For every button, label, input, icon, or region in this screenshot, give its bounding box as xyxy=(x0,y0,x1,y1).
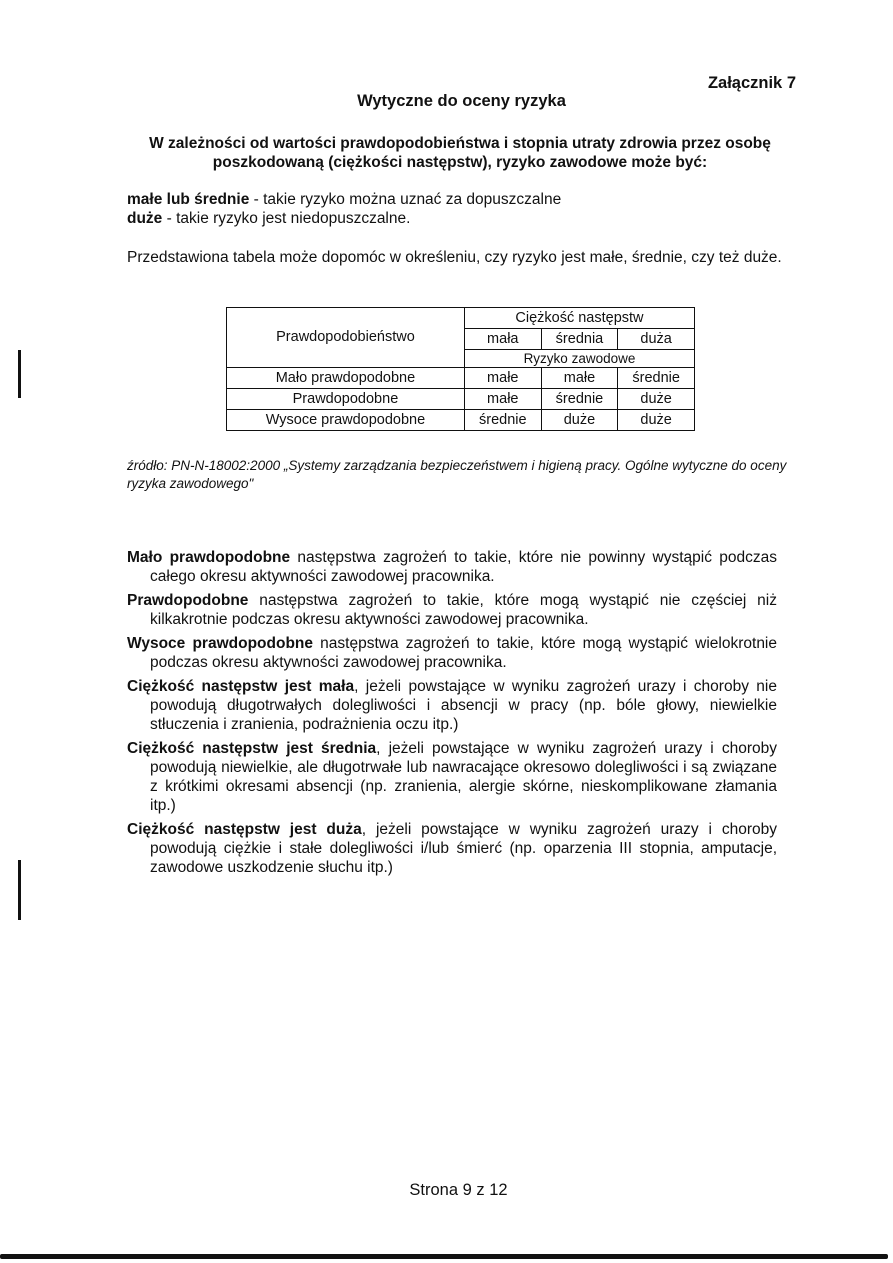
definition-acceptable: małe lub średnie - takie ryzyko można uz… xyxy=(127,190,561,209)
table-cell: średnie xyxy=(464,410,541,431)
row-label: Prawdopodobne xyxy=(227,389,465,410)
table-row: Wysoce prawdopodobne średnie duże duże xyxy=(227,410,695,431)
table-cell: małe xyxy=(464,389,541,410)
scan-margin-mark xyxy=(18,860,21,920)
list-item: Ciężkość następstw jest duża, jeżeli pow… xyxy=(127,820,777,877)
table-cell: średnie xyxy=(618,368,695,389)
risk-definitions: małe lub średnie - takie ryzyko można uz… xyxy=(127,190,561,228)
column-header: średnia xyxy=(541,329,618,350)
list-item: Prawdopodobne następstwa zagrożeń to tak… xyxy=(127,591,777,629)
table-row: Prawdopodobne małe średnie duże xyxy=(227,389,695,410)
list-item: Mało prawdopodobne następstwa zagrożeń t… xyxy=(127,548,777,586)
table-row: Mało prawdopodobne małe małe średnie xyxy=(227,368,695,389)
list-item: Wysoce prawdopodobne następstwa zagrożeń… xyxy=(127,634,777,672)
table-intro-paragraph: Przedstawiona tabela może dopomóc w okre… xyxy=(127,248,787,267)
table-cell: małe xyxy=(464,368,541,389)
scan-margin-mark xyxy=(18,350,21,398)
table-cell: małe xyxy=(541,368,618,389)
sub-header-occupational-risk: Ryzyko zawodowe xyxy=(464,350,694,368)
column-header: duża xyxy=(618,329,695,350)
list-item: Ciężkość następstw jest średnia, jeżeli … xyxy=(127,739,777,815)
definitions-list: Mało prawdopodobne następstwa zagrożeń t… xyxy=(127,548,777,882)
intro-heading: W zależności od wartości prawdopodobieńs… xyxy=(120,134,800,172)
group-header-severity: Ciężkość następstw xyxy=(464,308,694,329)
row-label: Wysoce prawdopodobne xyxy=(227,410,465,431)
page-title: Wytyczne do oceny ryzyka xyxy=(0,92,893,111)
list-item: Ciężkość następstw jest mała, jeżeli pow… xyxy=(127,677,777,734)
table-cell: duże xyxy=(618,389,695,410)
scan-bottom-edge xyxy=(0,1254,888,1259)
column-header: mała xyxy=(464,329,541,350)
page-number: Strona 9 z 12 xyxy=(0,1181,893,1200)
table-cell: duże xyxy=(541,410,618,431)
source-citation: źródło: PN-N-18002:2000 „Systemy zarządz… xyxy=(127,457,792,493)
table-cell: duże xyxy=(618,410,695,431)
row-header-probability: Prawdopodobieństwo xyxy=(227,308,465,368)
risk-matrix-table: Prawdopodobieństwo Ciężkość następstw ma… xyxy=(226,307,695,431)
definition-unacceptable: duże - takie ryzyko jest niedopuszczalne… xyxy=(127,209,561,228)
table-cell: średnie xyxy=(541,389,618,410)
row-label: Mało prawdopodobne xyxy=(227,368,465,389)
annex-label: Załącznik 7 xyxy=(708,74,796,93)
